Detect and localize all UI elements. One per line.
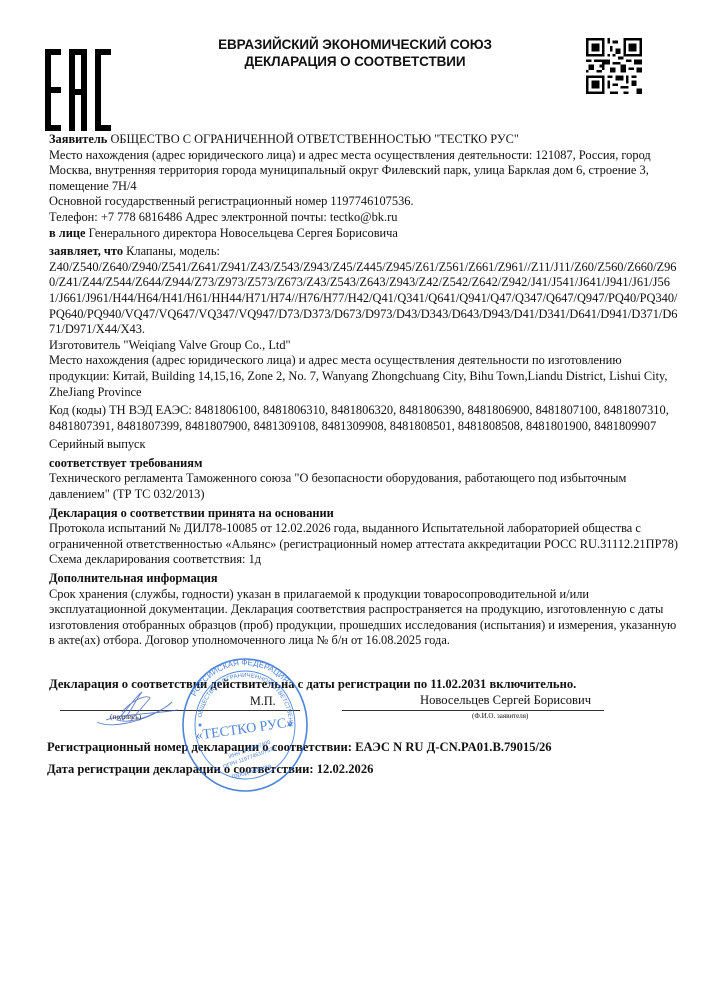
- signature-line: [60, 710, 300, 711]
- signature-caption: (подпись): [110, 712, 141, 721]
- additional-heading: Дополнительная информация: [49, 571, 218, 585]
- document-header: ЕВРАЗИЙСКИЙ ЭКОНОМИЧЕСКИЙ СОЮЗ ДЕКЛАРАЦИ…: [150, 36, 560, 70]
- manufacturer-address: Место нахождения (адрес юридического лиц…: [49, 353, 679, 400]
- represented-label: в лице: [49, 226, 86, 240]
- union-title: ЕВРАЗИЙСКИЙ ЭКОНОМИЧЕСКИЙ СОЮЗ: [150, 36, 560, 53]
- tn-ved-codes: Код (коды) ТН ВЭД ЕАЭС: 8481806100, 8481…: [49, 403, 679, 434]
- signer-name: Новосельцев Сергей Борисович: [420, 693, 591, 708]
- declares-line: заявляет, что Клапаны, модель:: [49, 244, 679, 260]
- applicant-name: ОБЩЕСТВО С ОГРАНИЧЕННОЙ ОТВЕТСТВЕННОСТЬЮ…: [107, 132, 519, 146]
- manufacturer-name: Изготовитель "Weiqiang Valve Group Co., …: [49, 338, 679, 354]
- applicant-address: Место нахождения (адрес юридического лиц…: [49, 148, 679, 195]
- basis-text: Протокола испытаний № ДИЛ78-10085 от 12.…: [49, 521, 679, 552]
- represented-by: Генерального директора Новосельцева Серг…: [86, 226, 398, 240]
- applicant-ogrn: Основной государственный регистрационный…: [49, 194, 679, 210]
- declaration-scheme: Схема декларирования соответствия: 1д: [49, 552, 679, 568]
- signer-name-line: [342, 710, 604, 711]
- additional-label: Дополнительная информация: [49, 571, 679, 587]
- signer-name-caption: (Ф.И.О. заявителя): [472, 712, 528, 720]
- applicant-contacts: Телефон: +7 778 6816486 Адрес электронно…: [49, 210, 679, 226]
- document-title: ДЕКЛАРАЦИЯ О СООТВЕТСТВИИ: [150, 53, 560, 70]
- applicant-representative: в лице Генерального директора Новосельце…: [49, 226, 679, 242]
- basis-heading: Декларация о соответствии принята на осн…: [49, 506, 334, 520]
- declaration-body: Заявитель ОБЩЕСТВО С ОГРАНИЧЕННОЙ ОТВЕТС…: [49, 132, 679, 649]
- declares-label: заявляет, что: [49, 244, 123, 258]
- compliance-heading: соответствует требованиям: [49, 456, 202, 470]
- registration-date: Дата регистрации декларации о соответств…: [47, 762, 373, 777]
- product-name: Клапаны, модель:: [123, 244, 220, 258]
- validity-statement: Декларация о соответствии действительна …: [49, 677, 576, 692]
- applicant-label: Заявитель: [49, 132, 107, 146]
- eac-logo-icon: [45, 45, 111, 135]
- registration-number: Регистрационный номер декларации о соотв…: [47, 740, 552, 755]
- product-models: Z40/Z540/Z640/Z940/Z541/Z641/Z941/Z43/Z5…: [49, 260, 679, 338]
- qr-code-icon[interactable]: [586, 38, 642, 94]
- declaration-page: ЕВРАЗИЙСКИЙ ЭКОНОМИЧЕСКИЙ СОЮЗ ДЕКЛАРАЦИ…: [0, 0, 707, 1000]
- seal-place-label: М.П.: [250, 694, 276, 709]
- production-type: Серийный выпуск: [49, 437, 679, 453]
- applicant-line: Заявитель ОБЩЕСТВО С ОГРАНИЧЕННОЙ ОТВЕТС…: [49, 132, 679, 148]
- compliance-text: Технического регламента Таможенного союз…: [49, 471, 679, 502]
- additional-text: Срок хранения (службы, годности) указан …: [49, 587, 679, 649]
- basis-label: Декларация о соответствии принята на осн…: [49, 506, 679, 522]
- compliance-label: соответствует требованиям: [49, 456, 679, 472]
